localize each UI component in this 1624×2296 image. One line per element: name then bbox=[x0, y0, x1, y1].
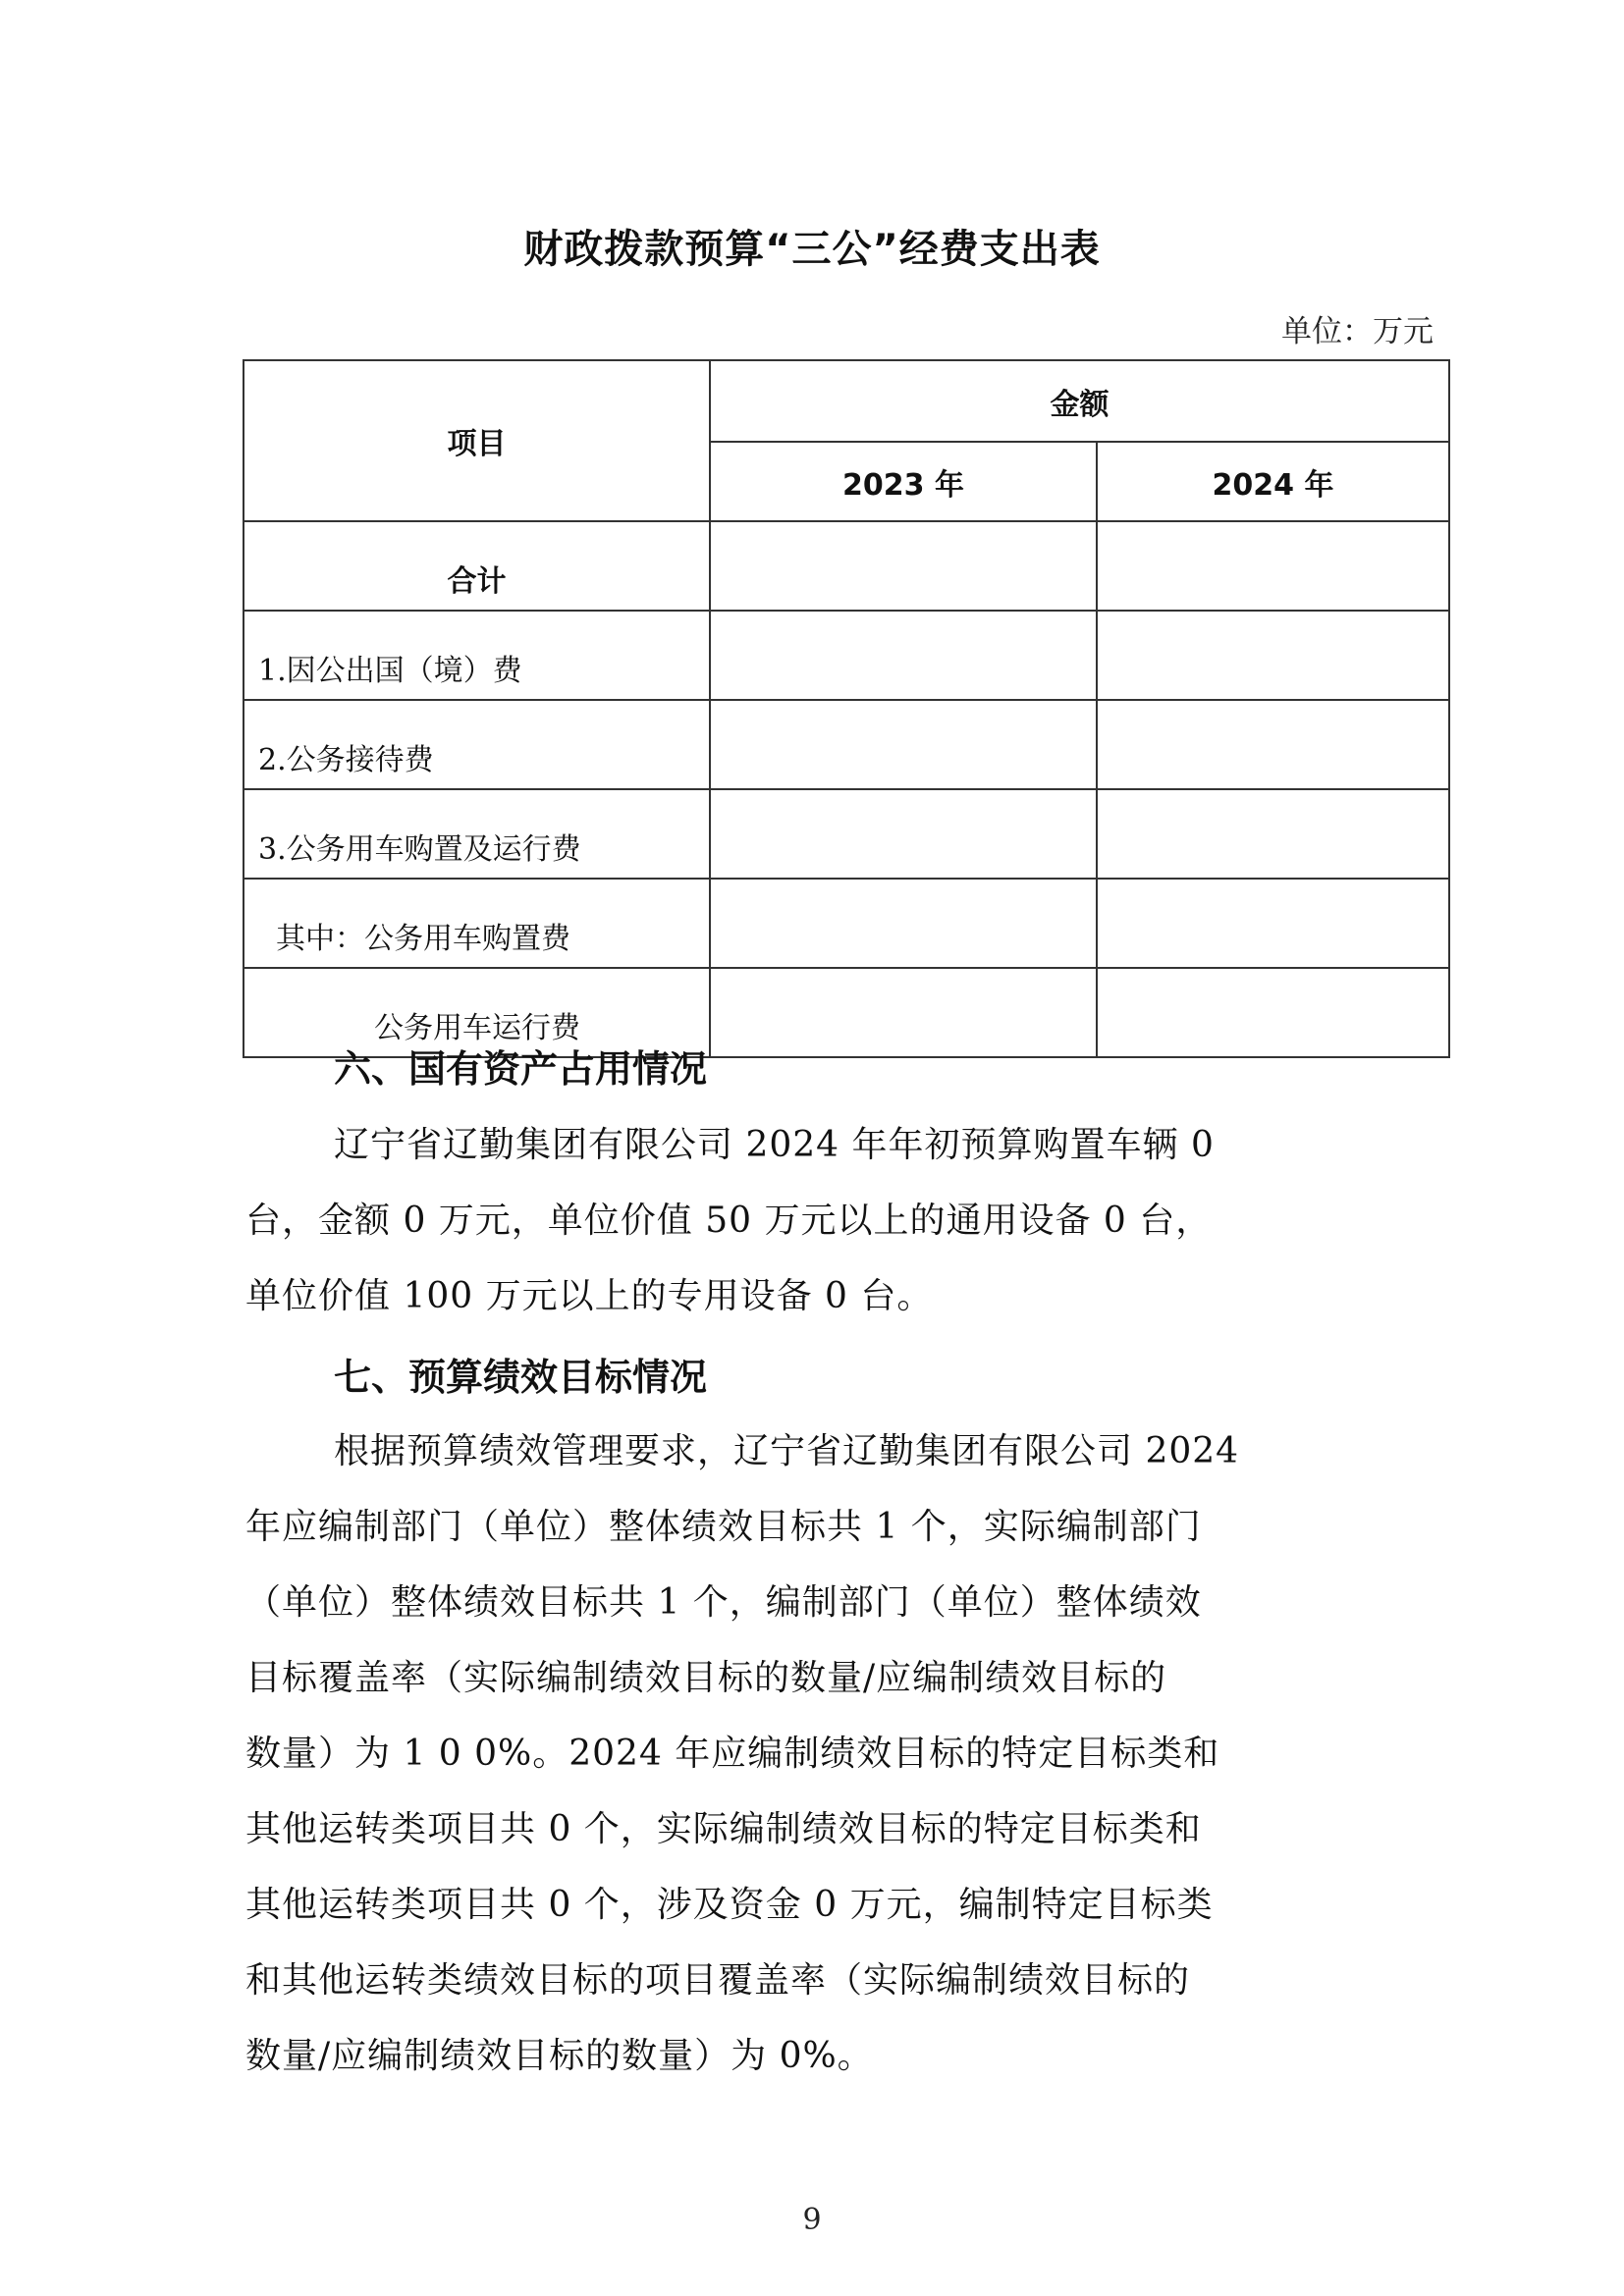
paragraph-line: 年应编制部门（单位）整体绩效目标共 1 个，实际编制部门 bbox=[245, 1499, 1202, 1549]
table-row: 其中：公务用车购置费 bbox=[244, 879, 1449, 968]
cell-2023 bbox=[710, 968, 1097, 1057]
paragraph-line: 台，金额 0 万元，单位价值 50 万元以上的通用设备 0 台， bbox=[245, 1193, 1212, 1243]
cell-2024 bbox=[1097, 611, 1449, 700]
cell-2023 bbox=[710, 879, 1097, 968]
paragraph-line: 根据预算绩效管理要求，辽宁省辽勤集团有限公司 2024 bbox=[334, 1423, 1239, 1473]
section-heading-performance-goals: 七、预算绩效目标情况 bbox=[334, 1347, 707, 1401]
row-label-total: 合计 bbox=[244, 521, 710, 611]
header-item: 项目 bbox=[244, 360, 710, 521]
cell-2023 bbox=[710, 700, 1097, 789]
three-public-expenses-table: 项目 金额 2023 年 2024 年 合计 1.因公出国（境）费 2.公务接待… bbox=[243, 359, 1450, 1058]
paragraph-line: 和其他运转类绩效目标的项目覆盖率（实际编制绩效目标的 bbox=[245, 1952, 1190, 2002]
row-label: 1.因公出国（境）费 bbox=[244, 611, 710, 700]
paragraph-line: 数量）为 1 0 0%。2024 年应编制绩效目标的特定目标类和 bbox=[245, 1726, 1219, 1776]
paragraph-line: 辽宁省辽勤集团有限公司 2024 年年初预算购置车辆 0 bbox=[334, 1117, 1215, 1167]
cell-2023 bbox=[710, 611, 1097, 700]
table-row: 1.因公出国（境）费 bbox=[244, 611, 1449, 700]
cell-2024 bbox=[1097, 879, 1449, 968]
row-label: 其中：公务用车购置费 bbox=[244, 879, 710, 968]
section-heading-state-assets: 六、国有资产占用情况 bbox=[334, 1039, 707, 1093]
row-label: 2.公务接待费 bbox=[244, 700, 710, 789]
table-row: 合计 bbox=[244, 521, 1449, 611]
paragraph-line: 目标覆盖率（实际编制绩效目标的数量/应编制绩效目标的 bbox=[245, 1650, 1166, 1700]
table-header-row: 项目 金额 bbox=[244, 360, 1449, 442]
cell-2024 bbox=[1097, 789, 1449, 879]
header-amount: 金额 bbox=[710, 360, 1449, 442]
table-row: 3.公务用车购置及运行费 bbox=[244, 789, 1449, 879]
row-label: 3.公务用车购置及运行费 bbox=[244, 789, 710, 879]
paragraph-line: 其他运转类项目共 0 个，涉及资金 0 万元，编制特定目标类 bbox=[245, 1877, 1214, 1927]
unit-label: 单位：万元 bbox=[1281, 306, 1434, 350]
header-year-2024: 2024 年 bbox=[1097, 442, 1449, 521]
cell-2024 bbox=[1097, 968, 1449, 1057]
table-title: 财政拨款预算“三公”经费支出表 bbox=[0, 218, 1624, 274]
page-number: 9 bbox=[0, 2203, 1624, 2237]
cell-2023 bbox=[710, 789, 1097, 879]
cell-2023 bbox=[710, 521, 1097, 611]
paragraph-line: 单位价值 100 万元以上的专用设备 0 台。 bbox=[245, 1268, 933, 1318]
cell-2024 bbox=[1097, 521, 1449, 611]
header-year-2023: 2023 年 bbox=[710, 442, 1097, 521]
table-row: 2.公务接待费 bbox=[244, 700, 1449, 789]
paragraph-line: （单位）整体绩效目标共 1 个，编制部门（单位）整体绩效 bbox=[245, 1575, 1202, 1625]
cell-2024 bbox=[1097, 700, 1449, 789]
paragraph-line: 数量/应编制绩效目标的数量）为 0%。 bbox=[245, 2028, 874, 2078]
paragraph-line: 其他运转类项目共 0 个，实际编制绩效目标的特定目标类和 bbox=[245, 1801, 1202, 1851]
